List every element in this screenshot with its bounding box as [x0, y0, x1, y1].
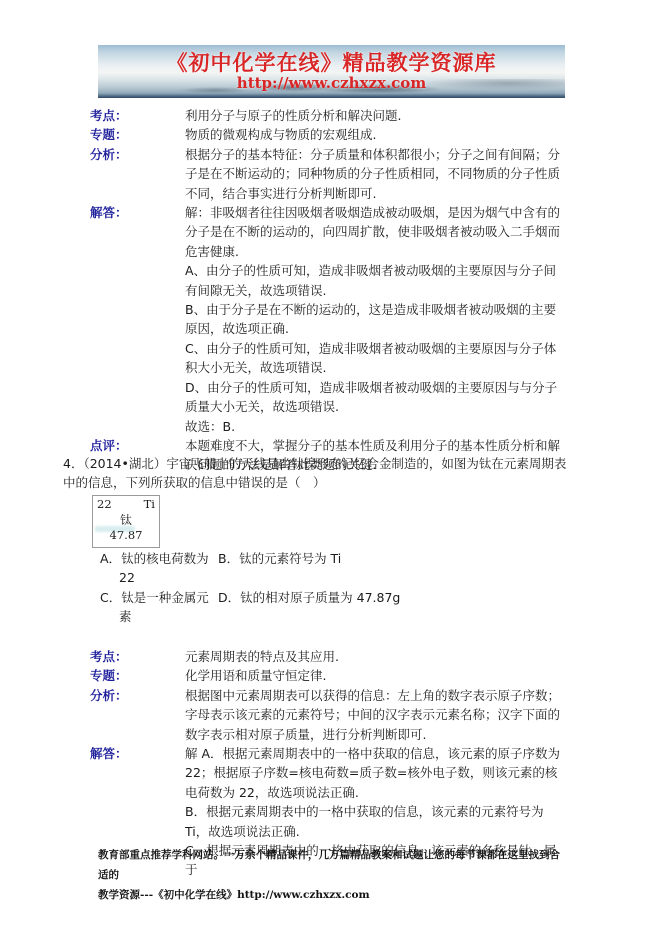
- option-d-label: D．: [218, 590, 240, 605]
- banner-title: 《初中化学在线》精品教学资源库: [98, 51, 565, 75]
- kaodian-row-2: 考点： 元素周期表的特点及其应用.: [90, 647, 568, 666]
- page-footer: 教育部重点推荐学科网站。一万余个精品课件，几万篇精品教案和试题让您的每节课都在这…: [98, 845, 563, 905]
- kaodian-row-1: 考点： 利用分子与原子的性质分析和解决问题.: [90, 106, 568, 125]
- jieda-label-1: 解答：: [90, 203, 185, 222]
- element-symbol: Ti: [144, 497, 155, 512]
- option-d-text: 钛的相对原子质量为 47.87g: [240, 590, 400, 605]
- option-a-text: 钛的核电荷数为22: [119, 551, 209, 585]
- jieda-answer-line: 故选：B.: [185, 417, 568, 436]
- footer-line1: 教育部重点推荐学科网站。一万余个精品课件，几万篇精品教案和试题让您的每节课都在这…: [98, 845, 563, 885]
- dianping-label-1: 点评：: [90, 436, 185, 455]
- site-banner-image: 《初中化学在线》精品教学资源库 http://www.czhxzx.com: [98, 45, 565, 98]
- jieda-paragraph: B．根据元素周期表中的一格中获取的信息，该元素的元素符号为 Ti，故选项说法正确…: [185, 802, 568, 841]
- option-b-text: 钛的元素符号为 Ti: [239, 551, 341, 566]
- fenxi-text-2: 根据图中元素周期表可以获得的信息：左上角的数字表示原子序数；字母表示该元素的元素…: [185, 686, 568, 744]
- question-text: （2014•湖北）宇宙飞船上的天线是由钛镍形态记忆合金制造的，如图为钛在元素周期…: [63, 456, 566, 490]
- answer-block-1: 考点： 利用分子与原子的性质分析和解决问题. 专题： 物质的微观构成与物质的宏观…: [90, 106, 568, 475]
- option-c-text: 钛是一种金属元素: [119, 590, 209, 624]
- jieda-paragraph: B、由于分子是在不断的运动的，这是造成非吸烟者被动吸烟的主要原因，故选项正确.: [185, 300, 568, 339]
- option-d: D．钛的相对原子质量为 47.87g: [218, 588, 552, 627]
- option-c: C．钛是一种金属元素: [100, 588, 218, 627]
- kaodian-label-1: 考点：: [90, 106, 185, 125]
- zhuanti-row-2: 专题： 化学用语和质量守恒定律.: [90, 666, 568, 685]
- element-card-top-row: 22 Ti: [97, 497, 155, 512]
- option-b-label: B．: [218, 551, 239, 566]
- element-card-titanium: 22 Ti 钛 47.87: [92, 495, 160, 548]
- fenxi-text-1: 根据分子的基本特征：分子质量和体积都很小；分子之间有间隔；分子是在不断运动的；同…: [185, 145, 568, 203]
- jieda-paragraph: A、由分子的性质可知，造成非吸烟者被动吸烟的主要原因与分子间有间隙无关，故选项错…: [185, 261, 568, 300]
- jieda-label-2: 解答：: [90, 744, 185, 763]
- kaodian-label-2: 考点：: [90, 647, 185, 666]
- jieda-paragraph: D、由分子的性质可知，造成非吸烟者被动吸烟的主要原因与与分子质量大小无关，故选项…: [185, 378, 568, 417]
- question-4: 4．（2014•湖北）宇宙飞船上的天线是由钛镍形态记忆合金制造的，如图为钛在元素…: [63, 454, 571, 493]
- jieda-paragraph: 解 A．根据元素周期表中的一格中获取的信息，该元素的原子序数为22；根据原子序数…: [185, 744, 568, 802]
- option-a: A．钛的核电荷数为22: [100, 549, 218, 588]
- jieda-row-1: 解答： 解：非吸烟者往往因吸烟者吸烟造成被动吸烟，是因为烟气中含有的分子是在不断…: [90, 203, 568, 436]
- jieda-content-1: 解：非吸烟者往往因吸烟者吸烟造成被动吸烟，是因为烟气中含有的分子是在不断的运动的…: [185, 203, 568, 436]
- fenxi-row-2: 分析： 根据图中元素周期表可以获得的信息：左上角的数字表示原子序数；字母表示该元…: [90, 686, 568, 744]
- zhuanti-label-1: 专题：: [90, 125, 185, 144]
- zhuanti-text-1: 物质的微观构成与物质的宏观组成.: [185, 125, 568, 144]
- option-b: B．钛的元素符号为 Ti: [218, 549, 552, 588]
- watermark-smudge: [95, 526, 135, 532]
- zhuanti-label-2: 专题：: [90, 666, 185, 685]
- banner-text-group: 《初中化学在线》精品教学资源库 http://www.czhxzx.com: [98, 51, 565, 92]
- question-number: 4．: [63, 456, 83, 471]
- kaodian-text-2: 元素周期表的特点及其应用.: [185, 647, 568, 666]
- jieda-paragraph: C、由分子的性质可知，造成非吸烟者被动吸烟的主要原因与分子体积大小无关，故选项错…: [185, 339, 568, 378]
- option-c-label: C．: [100, 590, 121, 605]
- kaodian-text-1: 利用分子与原子的性质分析和解决问题.: [185, 106, 568, 125]
- fenxi-row-1: 分析： 根据分子的基本特征：分子质量和体积都很小；分子之间有间隔；分子是在不断运…: [90, 145, 568, 203]
- footer-line2: 教学资源---《初中化学在线》http://www.czhxzx.com: [98, 885, 563, 905]
- zhuanti-row-1: 专题： 物质的微观构成与物质的宏观组成.: [90, 125, 568, 144]
- document-page: 《初中化学在线》精品教学资源库 http://www.czhxzx.com 考点…: [0, 0, 661, 935]
- zhuanti-text-2: 化学用语和质量守恒定律.: [185, 666, 568, 685]
- banner-url: http://www.czhxzx.com: [98, 75, 565, 92]
- options-grid: A．钛的核电荷数为22 B．钛的元素符号为 Ti C．钛是一种金属元素 D．钛的…: [100, 549, 552, 627]
- fenxi-label-2: 分析：: [90, 686, 185, 705]
- option-a-label: A．: [100, 551, 121, 566]
- atomic-number: 22: [97, 497, 112, 512]
- fenxi-label-1: 分析：: [90, 145, 185, 164]
- jieda-paragraph: 解：非吸烟者往往因吸烟者吸烟造成被动吸烟，是因为烟气中含有的分子是在不断的运动的…: [185, 203, 568, 261]
